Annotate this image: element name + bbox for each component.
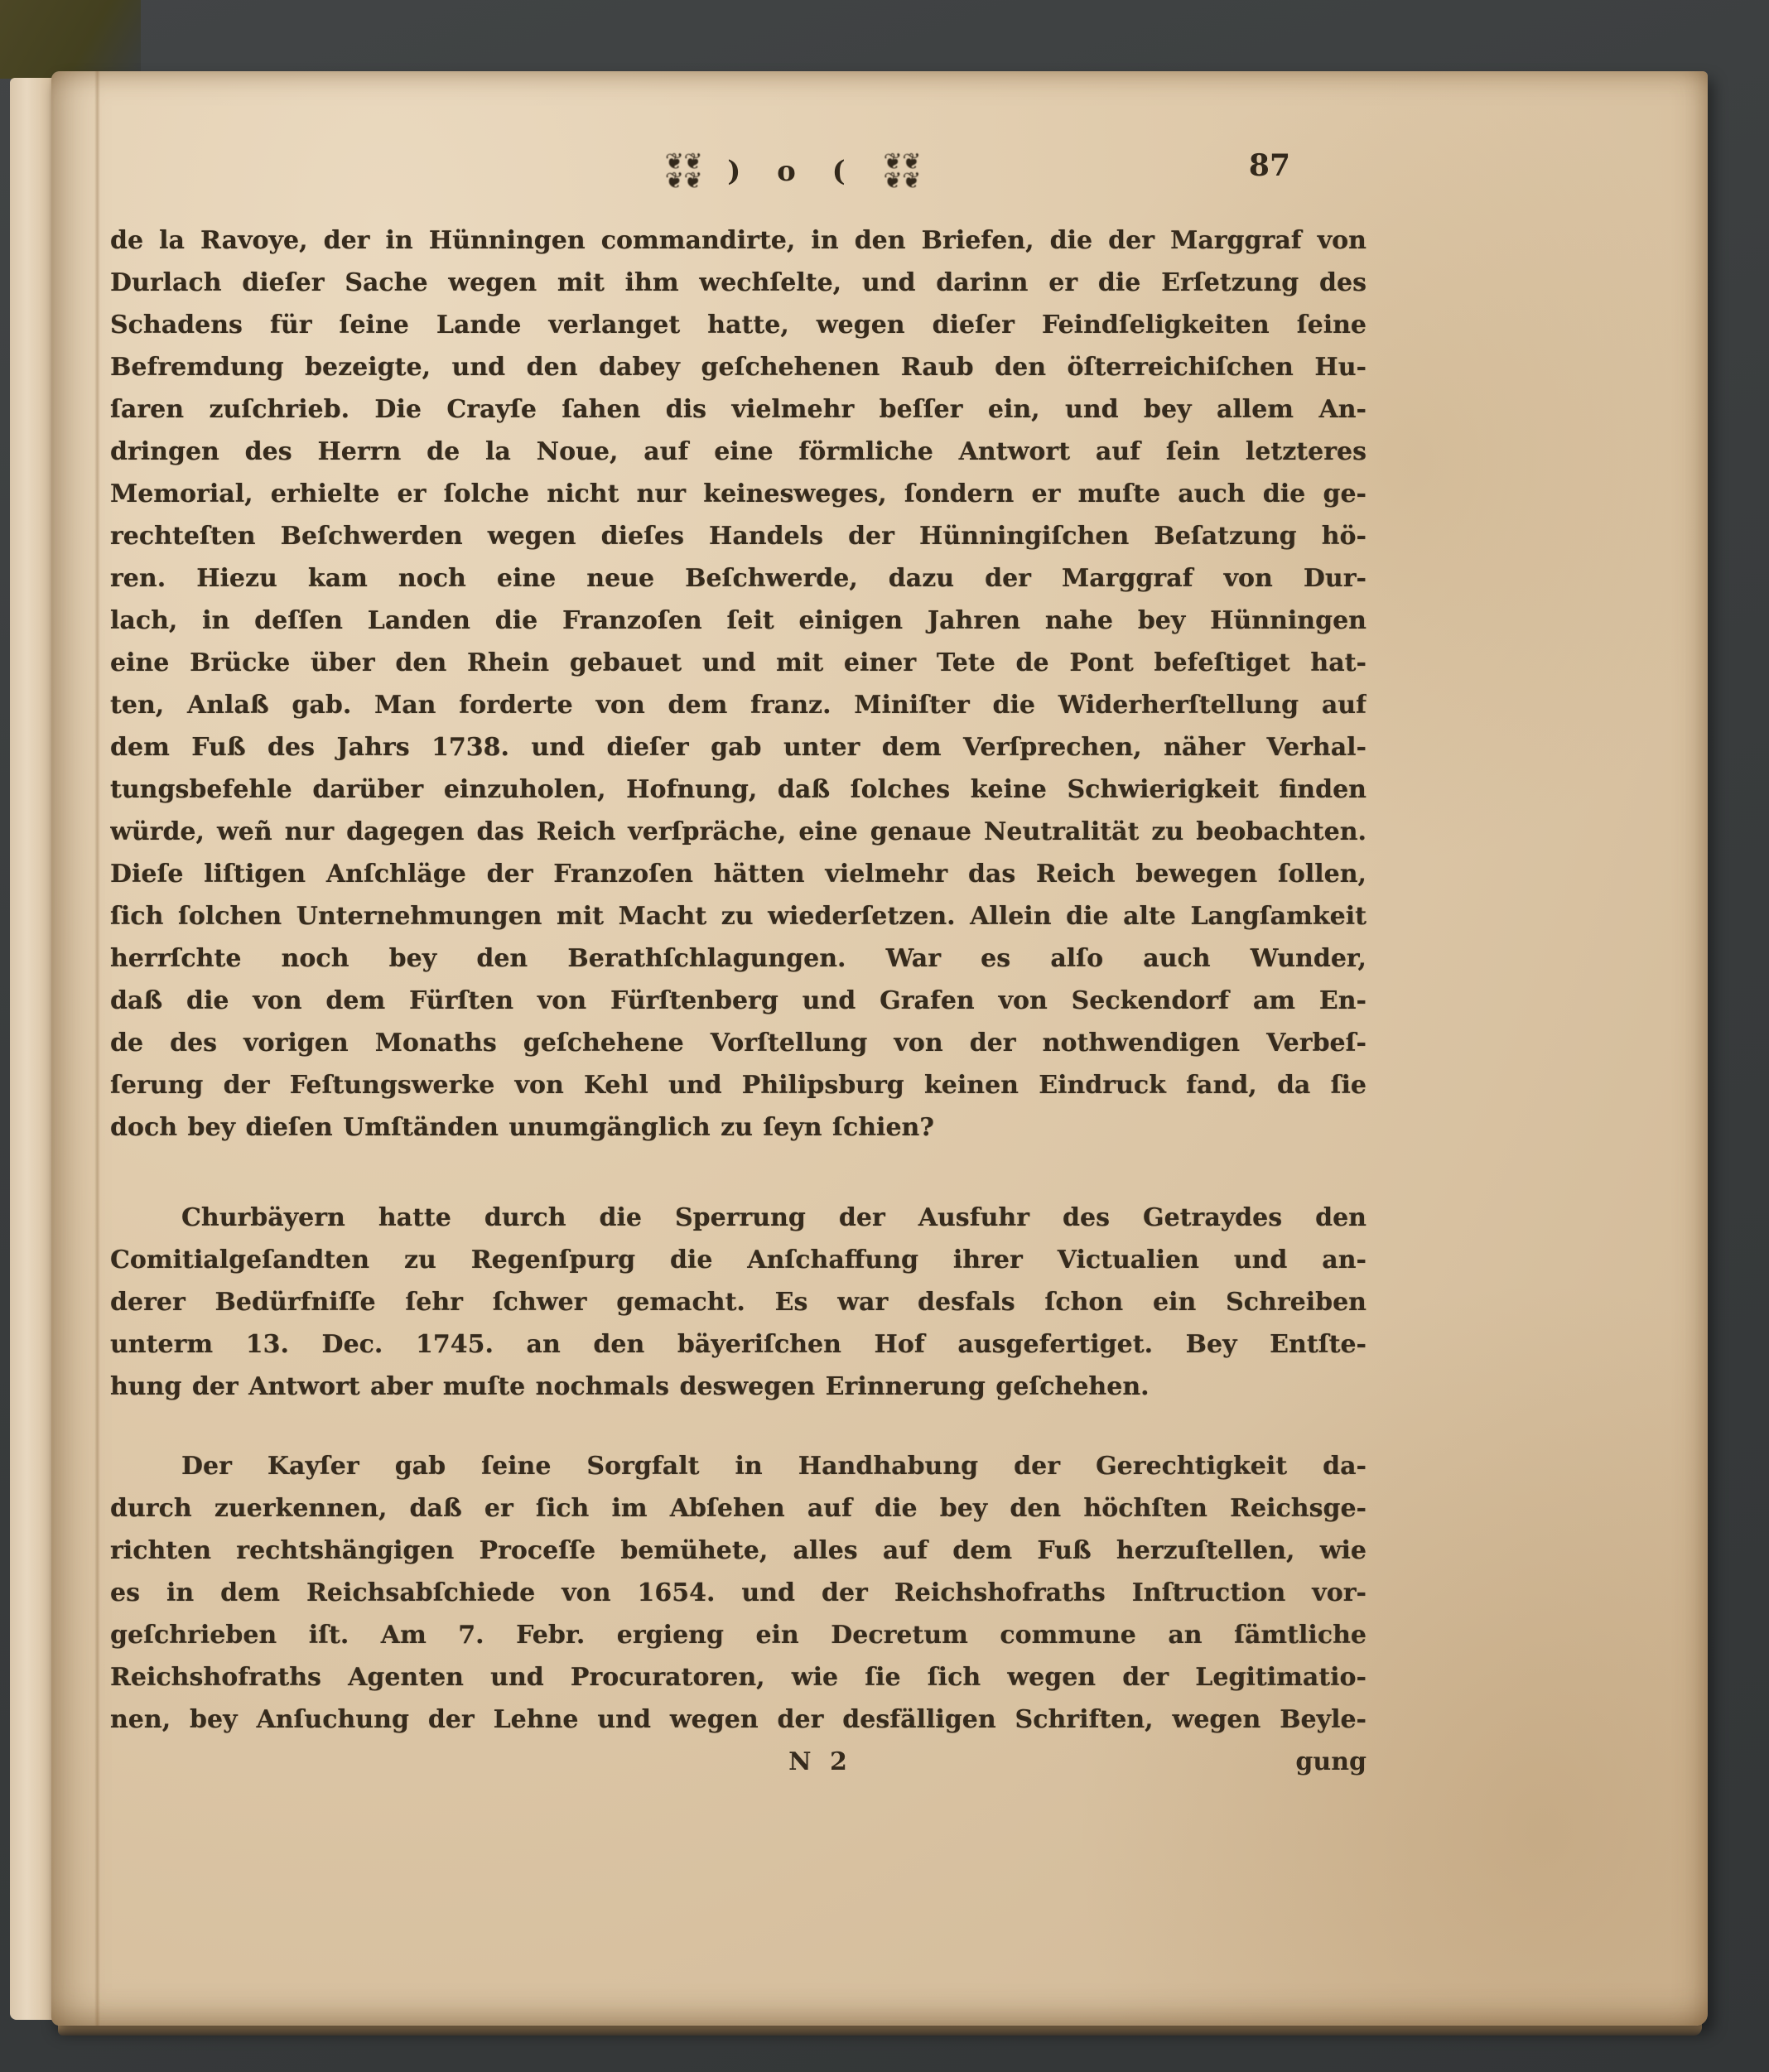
text-line: Reichshofraths Agenten und Procuratoren,… [110,1656,1367,1699]
text-line: Memorial, erhielte er ſolche nicht nur k… [110,473,1367,515]
text-line: dringen des Herrn de la Noue, auf eine f… [110,431,1367,473]
text-line: geſchrieben iſt. Am 7. Febr. ergieng ein… [110,1614,1367,1656]
text-line: rechteſten Beſchwerden wegen dieſes Hand… [110,515,1367,557]
paragraph: de la Ravoye, der in Hünningen commandir… [110,219,1367,1149]
text-line: dem Fuß des Jahrs 1738. und dieſer gab u… [110,726,1367,769]
header-ornament-row: ❦❦❦❦ ) o ( ❦❦❦❦ [165,152,1421,191]
text-line: lach, in deſſen Landen die Franzoſen ſei… [110,600,1367,642]
text-line: Churbäyern hatte durch die Sperrung der … [110,1197,1367,1239]
text-line: ren. Hiezu kam noch eine neue Beſchwerde… [110,557,1367,600]
text-line: tungsbefehle darüber einzuholen, Hofnung… [110,769,1367,811]
catchword: gung [1295,1741,1367,1783]
paragraph: Der Kayſer gab ſeine Sorgfalt in Handhab… [110,1445,1367,1741]
text-line: de la Ravoye, der in Hünningen commandir… [110,219,1367,262]
book-spine-corner [0,0,141,79]
text-block: ❦❦❦❦ ) o ( ❦❦❦❦ 87 de la Ravoye, der in … [110,152,1367,1783]
text-line: daß die von dem Fürſten von Fürſtenberg … [110,980,1367,1022]
text-line: ten, Anlaß gab. Man forderte von dem fra… [110,684,1367,726]
fleuron-glyph: ❦ [665,171,684,190]
text-line: unterm 13. Dec. 1745. an den bäyeriſchen… [110,1323,1367,1366]
text-line: Schadens für ſeine Lande verlanget hatte… [110,304,1367,346]
fleuron-glyph: ❦ [684,171,703,190]
text-line: Dieſe liſtigen Anſchläge der Franzoſen h… [110,853,1367,895]
paragraph: Churbäyern hatte durch die Sperrung der … [110,1197,1367,1408]
text-line: Comitialgeſandten zu Regenſpurg die Anſc… [110,1239,1367,1281]
text-line: hung der Antwort aber muſte nochmals des… [110,1366,1367,1408]
fleuron-ornament-icon: ❦❦❦❦ [884,152,921,190]
book-page: ❦❦❦❦ ) o ( ❦❦❦❦ 87 de la Ravoye, der in … [51,71,1708,2026]
text-line: Befremdung bezeigte, und den dabey geſch… [110,346,1367,388]
text-line: de des vorigen Monaths geſchehene Vorſte… [110,1022,1367,1064]
text-line: ſaren zuſchrieb. Die Crayſe ſahen dis vi… [110,388,1367,431]
text-line: Der Kayſer gab ſeine Sorgfalt in Handhab… [110,1445,1367,1487]
fleuron-ornament-icon: ❦❦❦❦ [665,152,702,190]
page-number: 87 [1249,148,1290,183]
text-line: eine Brücke über den Rhein gebauet und m… [110,642,1367,684]
page-body: de la Ravoye, der in Hünningen commandir… [110,219,1367,1741]
page-header: ❦❦❦❦ ) o ( ❦❦❦❦ 87 [110,152,1367,210]
fleuron-glyph: ❦ [884,171,903,190]
signature-mark: N 2 [788,1741,852,1783]
text-line: nen, bey Anſuchung der Lehne und wegen d… [110,1699,1367,1741]
text-line: doch bey dieſen Umſtänden unumgänglich z… [110,1106,1367,1149]
text-line: ſich ſolchen Unternehmungen mit Macht zu… [110,895,1367,937]
text-line: ſerung der Feſtungswerke von Kehl und Ph… [110,1064,1367,1106]
fleuron-glyph: ❦ [902,171,921,190]
header-divider: ) o ( [727,152,859,191]
page-footer: N 2 gung [110,1741,1367,1783]
text-line: würde, weñ nur dagegen das Reich verſprä… [110,811,1367,853]
text-line: derer Bedürfniſſe ſehr ſchwer gemacht. E… [110,1281,1367,1323]
text-line: richten rechtshängigen Proceſſe bemühete… [110,1530,1367,1572]
text-line: Durlach dieſer Sache wegen mit ihm wechſ… [110,262,1367,304]
text-line: herrſchte noch bey den Berathſchlagungen… [110,937,1367,980]
text-line: es in dem Reichsabſchiede von 1654. und … [110,1572,1367,1614]
text-line: durch zuerkennen, daß er ſich im Abſehen… [110,1487,1367,1530]
